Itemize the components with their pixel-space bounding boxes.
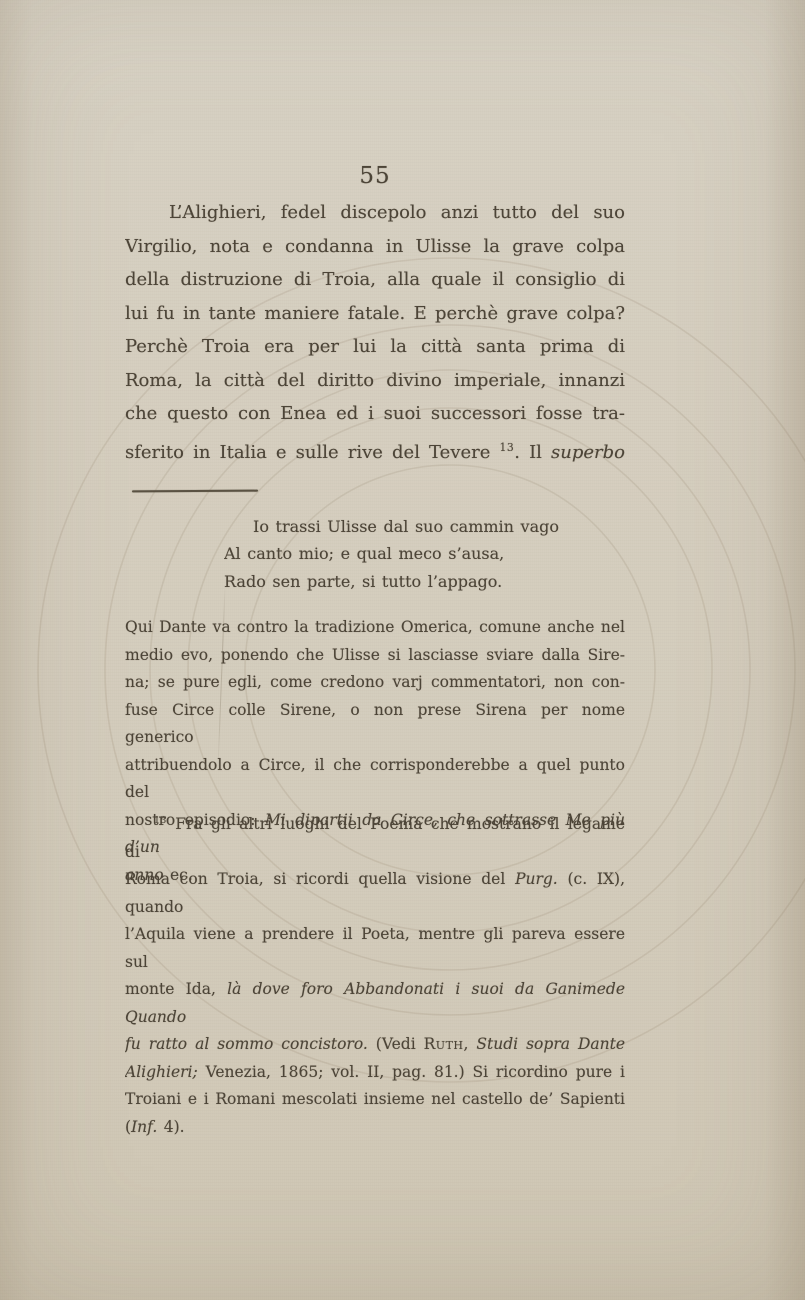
- text-segment: Ruth: [424, 1035, 464, 1053]
- text-line: L’Alighieri, fedel discepolo anzi tutto …: [125, 196, 625, 230]
- footnote-reference: 13: [154, 815, 167, 826]
- text-segment: ,: [464, 1035, 477, 1053]
- text-segment: l’Aquila viene a prendere il Poeta, ment…: [125, 925, 625, 971]
- text-line: Roma, la città del diritto divino imperi…: [125, 364, 625, 398]
- text-segment: attribuendolo a Circe, il che corrispond…: [125, 756, 625, 802]
- text-segment: na; se pure egli, come credono varj comm…: [125, 673, 625, 691]
- text-segment: Troiani e i Romani mescolati insieme nel…: [125, 1090, 625, 1108]
- text-line: Rado sen parte, si tutto l’appago.: [224, 568, 625, 595]
- text-segment: lui fu in tante maniere fatale. E perchè…: [125, 303, 625, 324]
- text-segment: fu ratto al sommo concistoro.: [125, 1035, 368, 1053]
- text-line: medio evo, ponendo che Ulisse si lascias…: [125, 642, 625, 670]
- text-segment: Fra gli altri luoghi del Poema che mostr…: [125, 815, 625, 861]
- text-line: sferito in Italia e sulle rive del Tever…: [125, 431, 625, 470]
- text-segment: fuse Circe colle Sirene, o non prese Sir…: [125, 701, 625, 747]
- page-number: 55: [125, 163, 625, 189]
- text-segment: Inf.: [131, 1118, 157, 1136]
- text-line: fu ratto al sommo concistoro. (Vedi Ruth…: [125, 1031, 625, 1059]
- text-segment: Roma, la città del diritto divino imperi…: [125, 370, 625, 391]
- text-segment: che questo con Enea ed i suoi successori…: [125, 403, 625, 424]
- text-segment: Perchè Troia era per lui la città santa …: [125, 336, 625, 357]
- scanned-book-page: 55 L’Alighieri, fedel discepolo anzi tut…: [0, 0, 805, 1300]
- verse-quote: Io trassi Ulisse dal suo cammin vagoAl c…: [125, 513, 625, 595]
- text-segment: della distruzione di Troia, alla quale i…: [125, 269, 625, 290]
- text-segment: Alighieri;: [125, 1063, 198, 1081]
- footnote-paragraph: 13 Fra gli altri luoghi del Poema che mo…: [125, 807, 625, 1141]
- text-segment: monte Ida,: [125, 980, 227, 998]
- text-line: Io trassi Ulisse dal suo cammin vago: [253, 513, 625, 540]
- footnote-separator-rule: [132, 490, 258, 493]
- text-segment: Studi sopra Dante: [476, 1035, 625, 1053]
- text-segment: L’Alighieri, fedel discepolo anzi tutto …: [169, 202, 625, 223]
- text-line: Troiani e i Romani mescolati insieme nel…: [125, 1086, 625, 1114]
- text-line: Al canto mio; e qual meco s’ausa,: [224, 540, 625, 567]
- text-line: che questo con Enea ed i suoi successori…: [125, 397, 625, 431]
- text-segment: Qui Dante va contro la tradizione Omeric…: [125, 618, 625, 636]
- text-segment: Roma con Troia, si ricordi quella vision…: [125, 870, 515, 888]
- text-segment: superbo: [551, 442, 625, 463]
- text-line: attribuendolo a Circe, il che corrispond…: [125, 752, 625, 807]
- text-line: Qui Dante va contro la tradizione Omeric…: [125, 614, 625, 642]
- text-segment: Purg.: [515, 870, 558, 888]
- text-segment: Virgilio, nota e condanna in Ulisse la g…: [125, 236, 625, 257]
- main-paragraph: L’Alighieri, fedel discepolo anzi tutto …: [125, 196, 625, 469]
- text-segment: medio evo, ponendo che Ulisse si lascias…: [125, 646, 625, 664]
- text-line: Virgilio, nota e condanna in Ulisse la g…: [125, 230, 625, 264]
- text-line: fuse Circe colle Sirene, o non prese Sir…: [125, 697, 625, 752]
- text-segment: Rado sen parte, si tutto l’appago.: [224, 572, 502, 591]
- text-line: Perchè Troia era per lui la città santa …: [125, 330, 625, 364]
- text-segment: Venezia, 1865; vol. II, pag. 81.) Si ric…: [198, 1063, 625, 1081]
- text-line: Roma con Troia, si ricordi quella vision…: [125, 866, 625, 921]
- text-segment: (Vedi: [368, 1035, 424, 1053]
- text-line: na; se pure egli, come credono varj comm…: [125, 669, 625, 697]
- text-segment: Al canto mio; e qual meco s’ausa,: [224, 544, 504, 563]
- text-line: (Inf. 4).: [125, 1114, 625, 1142]
- text-line: Alighieri; Venezia, 1865; vol. II, pag. …: [125, 1059, 625, 1087]
- text-line: lui fu in tante maniere fatale. E perchè…: [125, 297, 625, 331]
- text-segment: Io trassi Ulisse dal suo cammin vago: [253, 517, 559, 536]
- text-line: l’Aquila viene a prendere il Poeta, ment…: [125, 921, 625, 976]
- text-segment: . Il: [514, 442, 551, 463]
- text-line: della distruzione di Troia, alla quale i…: [125, 263, 625, 297]
- text-segment: sferito in Italia e sulle rive del Tever…: [125, 442, 500, 463]
- text-segment: 4).: [157, 1118, 184, 1136]
- text-line: monte Ida, là dove foro Abbandonati i su…: [125, 976, 625, 1031]
- footnote-reference: 13: [500, 441, 515, 454]
- text-line: 13 Fra gli altri luoghi del Poema che mo…: [125, 807, 625, 866]
